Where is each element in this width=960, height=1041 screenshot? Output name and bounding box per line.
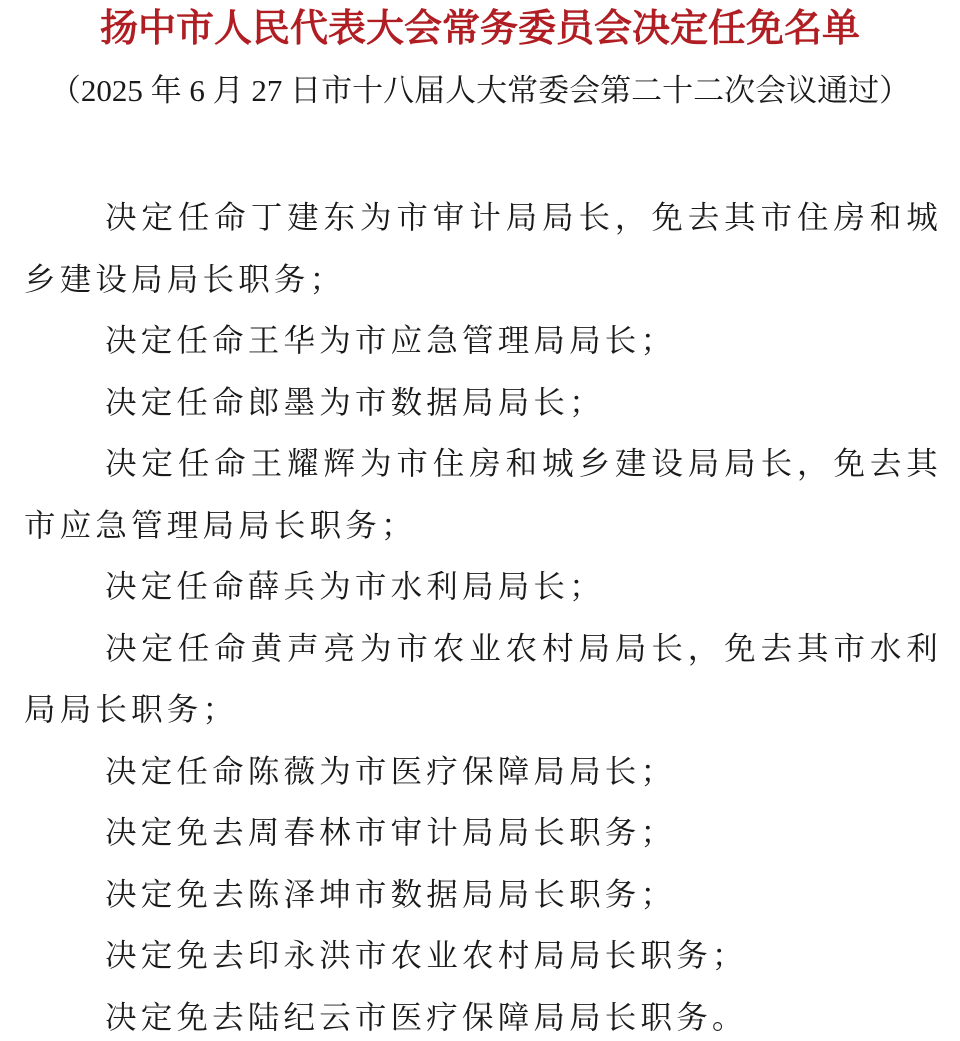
appointment-paragraph: 决定任命丁建东为市审计局局长，免去其市住房和城乡建设局局长职务； (24, 188, 942, 311)
removal-paragraph: 决定免去印永洪市农业农村局局长职务； (24, 926, 942, 988)
appointment-paragraph: 决定任命薛兵为市水利局局长； (24, 557, 942, 619)
document-subtitle: （2025 年 6 月 27 日市十八届人大常委会第二十二次会议通过） (0, 70, 960, 112)
document-title: 扬中市人民代表大会常务委员会决定任免名单 (0, 4, 960, 52)
removal-paragraph: 决定免去陆纪云市医疗保障局局长职务。 (24, 988, 942, 1041)
appointment-paragraph: 决定任命陈薇为市医疗保障局局长； (24, 742, 942, 804)
appointment-paragraph: 决定任命郎墨为市数据局局长； (24, 373, 942, 435)
removal-paragraph: 决定免去周春林市审计局局长职务； (24, 803, 942, 865)
appointment-paragraph: 决定任命王耀辉为市住房和城乡建设局局长，免去其市应急管理局局长职务； (24, 434, 942, 557)
removal-paragraph: 决定免去陈泽坤市数据局局长职务； (24, 865, 942, 927)
document-body: 决定任命丁建东为市审计局局长，免去其市住房和城乡建设局局长职务； 决定任命王华为… (24, 188, 942, 1041)
appointment-paragraph: 决定任命王华为市应急管理局局长； (24, 311, 942, 373)
appointment-paragraph: 决定任命黄声亮为市农业农村局局长，免去其市水利局局长职务； (24, 619, 942, 742)
